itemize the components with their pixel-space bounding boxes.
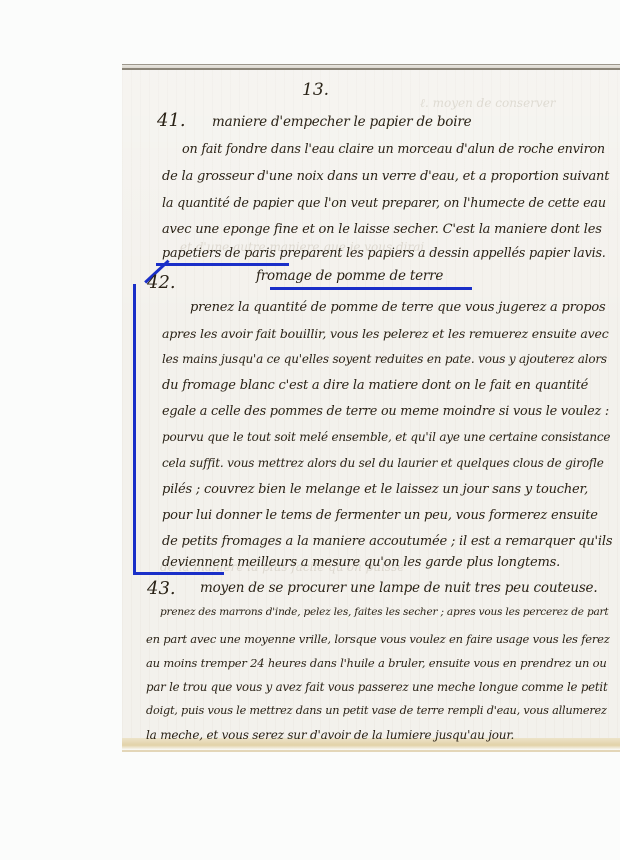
text-line: doigt, puis vous le mettrez dans un peti… <box>146 704 607 717</box>
text-line: pourvu que le tout soit melé ensemble, e… <box>162 430 610 444</box>
text-line: papetiers de paris preparent les papiers… <box>162 246 606 261</box>
text-line: la quantité de papier que l'on veut prep… <box>162 196 606 211</box>
text-line: pour lui donner le tems de fermenter un … <box>162 508 598 523</box>
section-title-43: moyen de se procurer une lampe de nuit t… <box>200 580 597 596</box>
annotation-bracket-left <box>133 284 136 575</box>
section-title-41: maniere d'empecher le papier de boire <box>212 114 471 130</box>
text-line: cela suffit. vous mettrez alors du sel d… <box>162 456 604 470</box>
text-line: apres les avoir fait bouillir, vous les … <box>162 326 609 341</box>
text-line: au moins tremper 24 heures dans l'huile … <box>146 656 607 670</box>
text-line: de petits fromages a la maniere accoutum… <box>162 534 612 549</box>
section-title-42: fromage de pomme de terre <box>256 268 443 284</box>
annotation-bracket-bottom <box>133 572 224 575</box>
text-line: egale a celle des pommes de terre ou mem… <box>162 404 609 419</box>
annotation-title-underline <box>270 287 472 290</box>
text-line: avec une eponge fine et on le laisse sec… <box>162 222 602 237</box>
text-line: par le trou que vous y avez fait vous pa… <box>146 680 608 694</box>
bleed-through-text: ℓ. moyen de conserver <box>420 96 556 111</box>
text-line: en part avec une moyenne vrille, lorsque… <box>146 632 610 646</box>
section-number-43: 43. <box>147 578 176 599</box>
text-line: on fait fondre dans l'eau claire un morc… <box>182 142 605 157</box>
text-line: prenez la quantité de pomme de terre que… <box>190 300 606 315</box>
section-number-41: 41. <box>157 110 186 131</box>
section-number-42: 42. <box>147 272 176 293</box>
text-line: les mains jusqu'a ce qu'elles soyent red… <box>162 352 607 366</box>
text-line: prenez des marrons d'inde, pelez les, fa… <box>160 606 608 618</box>
text-line: deviennent meilleurs a mesure qu'on les … <box>162 555 560 570</box>
annotation-bracket-top <box>156 263 289 266</box>
page-number: 13. <box>302 80 329 100</box>
text-line: pilés ; couvrez bien le melange et le la… <box>162 482 588 497</box>
text-line: du fromage blanc c'est a dire la matiere… <box>162 378 588 393</box>
text-line: la meche, et vous serez sur d'avoir de l… <box>146 728 514 742</box>
text-line: de la grosseur d'une noix dans un verre … <box>162 169 609 184</box>
